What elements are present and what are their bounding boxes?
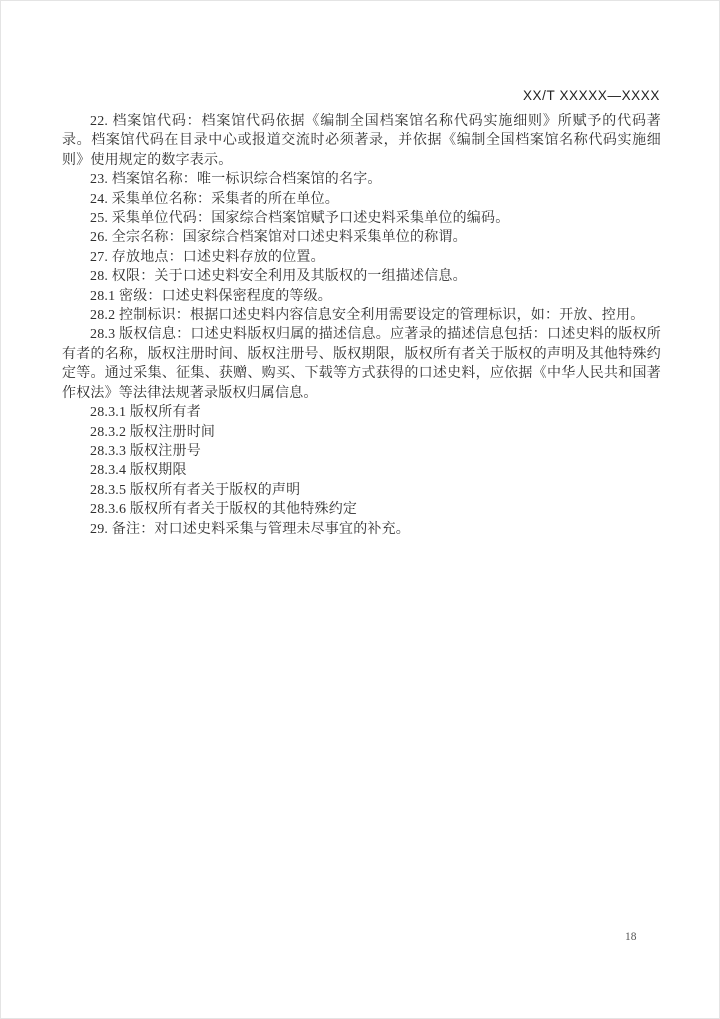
paragraph-26: 26. 全宗名称：国家综合档案馆对口述史料采集单位的称谓。 [62, 228, 661, 247]
paragraph-27: 27. 存放地点：口述史料存放的位置。 [62, 248, 661, 267]
paragraph-28-1: 28.1 密级：口述史料保密程度的等级。 [62, 287, 661, 306]
paragraph-28: 28. 权限：关于口述史料安全利用及其版权的一组描述信息。 [62, 267, 661, 286]
paragraph-28-3-2: 28.3.2 版权注册时间 [62, 423, 661, 442]
paragraph-28-3-5: 28.3.5 版权所有者关于版权的声明 [62, 481, 661, 500]
paragraph-28-3-1: 28.3.1 版权所有者 [62, 403, 661, 422]
document-body: 22. 档案馆代码：档案馆代码依据《编制全国档案馆名称代码实施细则》所赋予的代码… [62, 112, 661, 539]
paragraph-29: 29. 备注：对口述史料采集与管理未尽事宜的补充。 [62, 520, 661, 539]
paragraph-28-2: 28.2 控制标识：根据口述史料内容信息安全利用需要设定的管理标识，如：开放、控… [62, 306, 661, 325]
paragraph-28-3-3: 28.3.3 版权注册号 [62, 442, 661, 461]
paragraph-28-3: 28.3 版权信息：口述史料版权归属的描述信息。应著录的描述信息包括：口述史料的… [62, 325, 661, 403]
paragraph-23: 23. 档案馆名称：唯一标识综合档案馆的名字。 [62, 170, 661, 189]
paragraph-24: 24. 采集单位名称：采集者的所在单位。 [62, 190, 661, 209]
document-page: XX/T XXXXX—XXXX 22. 档案馆代码：档案馆代码依据《编制全国档案… [0, 0, 720, 1019]
paragraph-28-3-4: 28.3.4 版权期限 [62, 461, 661, 480]
paragraph-25: 25. 采集单位代码：国家综合档案馆赋予口述史料采集单位的编码。 [62, 209, 661, 228]
page-number: 18 [625, 931, 637, 943]
standard-code-header: XX/T XXXXX—XXXX [523, 88, 660, 103]
paragraph-28-3-6: 28.3.6 版权所有者关于版权的其他特殊约定 [62, 500, 661, 519]
paragraph-22: 22. 档案馆代码：档案馆代码依据《编制全国档案馆名称代码实施细则》所赋予的代码… [62, 112, 661, 170]
